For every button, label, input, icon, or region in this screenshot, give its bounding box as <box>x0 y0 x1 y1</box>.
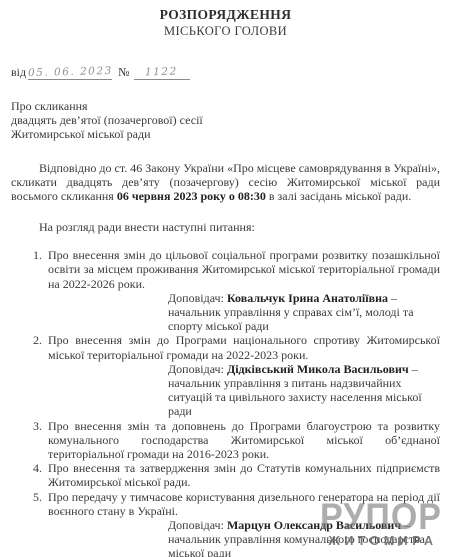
item-text: Про внесення змін до цільової соціальної… <box>48 248 440 290</box>
subject-line-2: двадцять дев’ятої (позачергової) сесії <box>11 113 440 127</box>
agenda-item-1: 1. Про внесення змін до цільової соціаль… <box>33 248 440 333</box>
document-page: РОЗПОРЯДЖЕННЯ МІСЬКОГО ГОЛОВИ від05. 06.… <box>0 0 450 557</box>
reporter-block: Доповідач: Марцун Олександр Васильович –… <box>168 518 440 557</box>
reporter-role: начальник управління у справах сім’ї, мо… <box>168 305 414 333</box>
agenda-item-4: 4. Про внесення та затвердження змін до … <box>33 461 440 489</box>
agenda-item-5: 5. Про передачу у тимчасове користування… <box>33 490 440 557</box>
preamble-text-after: в залі засідань міської ради. <box>266 189 411 203</box>
document-subtitle: МІСЬКОГО ГОЛОВИ <box>11 24 440 39</box>
reporter-dash: – <box>401 518 410 532</box>
item-body: Про внесення змін та доповнень до Програ… <box>48 419 440 462</box>
item-body: Про внесення змін до цільової соціальної… <box>48 248 440 333</box>
handwritten-date: 05. 06. 2023 <box>28 65 113 79</box>
item-text: Про внесення змін до Програми національн… <box>48 333 440 361</box>
subject-line-3: Житомирської міської ради <box>11 127 440 141</box>
reporter-dash: – <box>409 362 418 376</box>
reporter-role: начальник управління з питань надзвичайн… <box>168 376 422 418</box>
item-text: Про передачу у тимчасове користування ди… <box>48 490 440 518</box>
preamble-paragraph: Відповідно до ст. 46 Закону України «Про… <box>11 161 440 204</box>
reporter-block: Доповідач: Ковальчук Ірина Анатоліївна –… <box>168 291 440 334</box>
item-body: Про внесення та затвердження змін до Ста… <box>48 461 440 489</box>
reporter-label: Доповідач: <box>168 362 227 376</box>
reporter-name: Ковальчук Ірина Анатоліївна <box>227 291 388 305</box>
from-label: від <box>11 65 26 79</box>
number-field: 1122 <box>134 65 190 80</box>
item-number: 1. <box>33 248 48 333</box>
session-datetime: 06 червня 2023 року о 08:30 <box>117 189 266 203</box>
item-text: Про внесення змін та доповнень до Програ… <box>48 419 440 461</box>
handwritten-number: 1122 <box>145 66 178 79</box>
agenda-list: 1. Про внесення змін до цільової соціаль… <box>33 248 440 557</box>
subject-line-1: Про скликання <box>11 99 440 113</box>
reporter-label: Доповідач: <box>168 291 227 305</box>
item-body: Про передачу у тимчасове користування ди… <box>48 490 440 557</box>
agenda-intro: На розгляд ради внести наступні питання: <box>11 220 440 235</box>
item-number: 5. <box>33 490 48 557</box>
number-sign: № <box>118 65 129 79</box>
reporter-name: Дідківський Микола Васильович <box>227 362 409 376</box>
subject-block: Про скликання двадцять дев’ятої (позачер… <box>11 99 440 142</box>
item-text: Про внесення та затвердження змін до Ста… <box>48 461 440 489</box>
reporter-block: Доповідач: Дідківський Микола Васильович… <box>168 362 440 419</box>
reporter-label: Доповідач: <box>168 518 227 532</box>
item-number: 3. <box>33 419 48 462</box>
item-number: 4. <box>33 461 48 489</box>
item-body: Про внесення змін до Програми національн… <box>48 333 440 418</box>
date-field: 05. 06. 2023 <box>28 65 112 80</box>
agenda-item-2: 2. Про внесення змін до Програми націона… <box>33 333 440 418</box>
reporter-role: начальник управління комунального господ… <box>168 532 425 557</box>
reporter-dash: – <box>388 291 397 305</box>
reference-line: від05. 06. 2023№1122 <box>11 65 440 80</box>
reporter-name: Марцун Олександр Васильович <box>227 518 401 532</box>
agenda-item-3: 3. Про внесення змін та доповнень до Про… <box>33 419 440 462</box>
item-number: 2. <box>33 333 48 418</box>
document-title: РОЗПОРЯДЖЕННЯ <box>11 7 440 23</box>
